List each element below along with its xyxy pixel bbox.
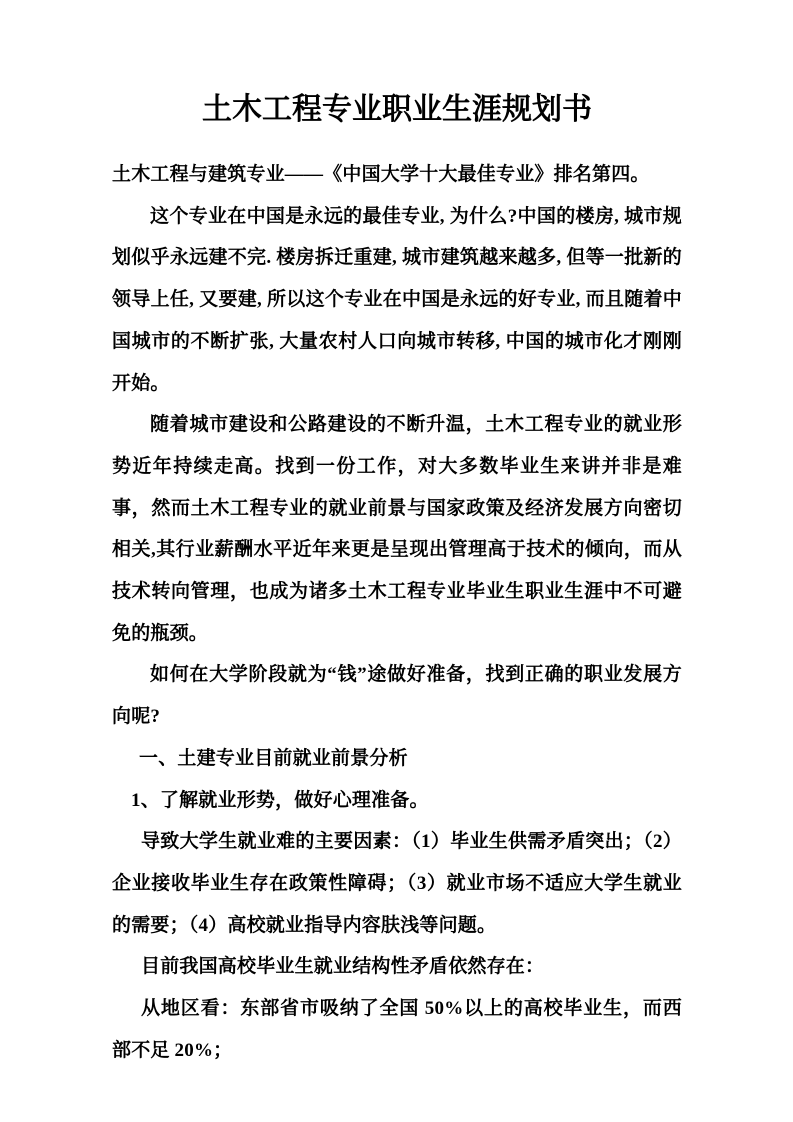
paragraph: 1、了解就业形势，做好心理准备。 (112, 780, 682, 822)
paragraph: 目前我国高校毕业生就业结构性矛盾依然存在： (112, 946, 682, 988)
paragraph: 从地区看：东部省市吸纳了全国 50%以上的高校毕业生，而西部不足 20%； (112, 988, 682, 1071)
document-page: 土木工程专业职业生涯规划书 土木工程与建筑专业——《中国大学十大最佳专业》排名第… (0, 0, 793, 1122)
document-body: 土木工程与建筑专业——《中国大学十大最佳专业》排名第四。这个专业在中国是永远的最… (112, 154, 682, 1071)
paragraph: 这个专业在中国是永远的最佳专业, 为什么?中国的楼房, 城市规划似乎永远建不完.… (112, 196, 682, 405)
paragraph: 如何在大学阶段就为“钱”途做好准备，找到正确的职业发展方向呢? (112, 654, 682, 737)
document-title: 土木工程专业职业生涯规划书 (112, 90, 682, 130)
paragraph: 一、土建专业目前就业前景分析 (112, 738, 682, 780)
paragraph: 土木工程与建筑专业——《中国大学十大最佳专业》排名第四。 (112, 154, 682, 196)
paragraph: 导致大学生就业难的主要因素：（1）毕业生供需矛盾突出；（2）企业接收毕业生存在政… (112, 821, 682, 946)
paragraph: 随着城市建设和公路建设的不断升温，土木工程专业的就业形势近年持续走高。找到一份工… (112, 404, 682, 654)
